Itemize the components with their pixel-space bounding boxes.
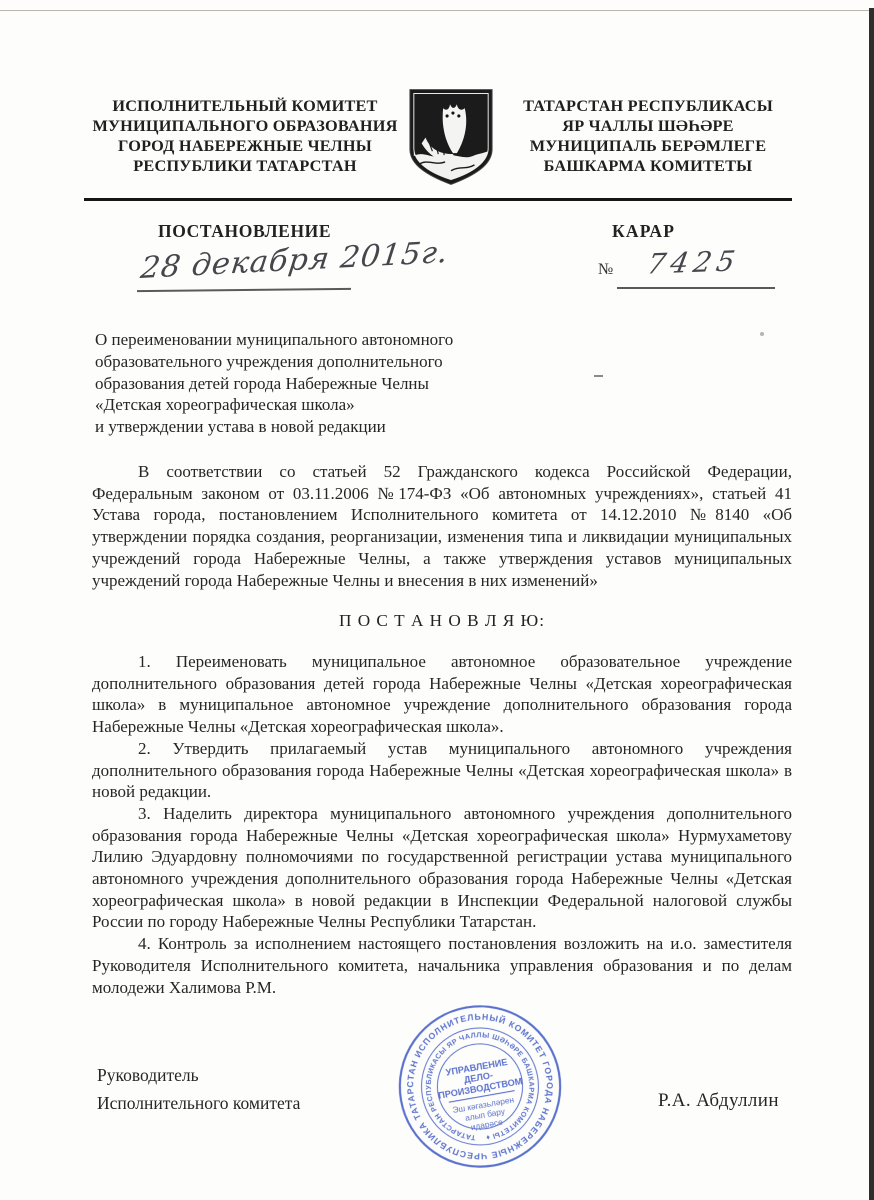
- decree-subject: О переименовании муниципального автономн…: [95, 329, 540, 438]
- scanned-decree-page: ИСПОЛНИТЕЛЬНЫЙ КОМИТЕТ МУНИЦИПАЛЬНОГО ОБ…: [0, 0, 874, 1200]
- decree-item-2: 2. Утвердить прилагаемый устав муниципал…: [92, 738, 792, 803]
- subject-line: образования детей города Набережные Челн…: [95, 373, 540, 395]
- doc-type-tatar: КАРАР: [612, 221, 675, 242]
- official-round-stamp: РЕСПУБЛИКА ТАТАРСТАН ИСПОЛНИТЕЛЬНЫЙ КОМИ…: [379, 989, 581, 1184]
- decree-items: 1. Переименовать муниципальное автономно…: [92, 651, 792, 998]
- signatory-position-line2: Исполнительного комитета: [97, 1089, 300, 1117]
- signatory-name: Р.А. Абдуллин: [658, 1090, 779, 1112]
- scan-speck-dot: [760, 332, 764, 336]
- issuer-ru-line: РЕСПУБЛИКИ ТАТАРСТАН: [86, 156, 404, 176]
- handwritten-date: 28 декабря 2015г.: [139, 235, 451, 286]
- subject-line: О переименовании муниципального автономн…: [95, 329, 540, 351]
- handwritten-number: 7425: [645, 244, 743, 280]
- issuer-tt-line: ЯР ЧАЛЛЫ ШӘҺӘРЕ: [498, 116, 798, 136]
- subject-line: образовательного учреждения дополнительн…: [95, 351, 540, 373]
- issuer-tt-line: МУНИЦИПАЛЬ БЕРӘМЛЕГЕ: [498, 136, 798, 156]
- doc-type-russian: ПОСТАНОВЛЕНИЕ: [158, 221, 331, 242]
- issuer-name-tatar: ТАТАРСТАН РЕСПУБЛИКАСЫ ЯР ЧАЛЛЫ ШӘҺӘРЕ М…: [498, 96, 798, 176]
- issuer-ru-line: ИСПОЛНИТЕЛЬНЫЙ КОМИТЕТ: [86, 96, 404, 116]
- signatory-position: Руководитель Исполнительного комитета: [97, 1061, 300, 1117]
- scan-edge-line-top: [0, 10, 874, 11]
- issuer-ru-line: ГОРОД НАБЕРЕЖНЫЕ ЧЕЛНЫ: [86, 136, 404, 156]
- intro-paragraph: В соответствии со статьей 52 Гражданског…: [92, 461, 792, 591]
- scan-edge-shadow-right: [869, 8, 874, 1200]
- decree-item-4: 4. Контроль за исполнением настоящего по…: [92, 933, 792, 998]
- resolve-heading: П О С Т А Н О В Л Я Ю:: [92, 611, 792, 631]
- date-underline: [137, 288, 351, 292]
- decree-item-1: 1. Переименовать муниципальное автономно…: [92, 651, 792, 738]
- subject-line: «Детская хореографическая школа»: [95, 394, 540, 416]
- issuer-tt-line: БАШКАРМА КОМИТЕТЫ: [498, 156, 798, 176]
- subject-line: и утверждении устава в новой редакции: [95, 416, 540, 438]
- scan-speck-dash: [594, 375, 603, 377]
- issuer-ru-line: МУНИЦИПАЛЬНОГО ОБРАЗОВАНИЯ: [86, 116, 404, 136]
- number-underline: [617, 287, 775, 289]
- issuer-name-russian: ИСПОЛНИТЕЛЬНЫЙ КОМИТЕТ МУНИЦИПАЛЬНОГО ОБ…: [86, 96, 404, 176]
- header-divider-rule: [84, 198, 792, 201]
- issuer-tt-line: ТАТАРСТАН РЕСПУБЛИКАСЫ: [498, 96, 798, 116]
- number-sign: №: [598, 261, 613, 279]
- signatory-position-line1: Руководитель: [97, 1061, 300, 1089]
- coat-of-arms-icon: [406, 86, 496, 188]
- intro-paragraph-block: В соответствии со статьей 52 Гражданског…: [92, 461, 792, 591]
- decree-item-3: 3. Наделить директора муниципального авт…: [92, 803, 792, 933]
